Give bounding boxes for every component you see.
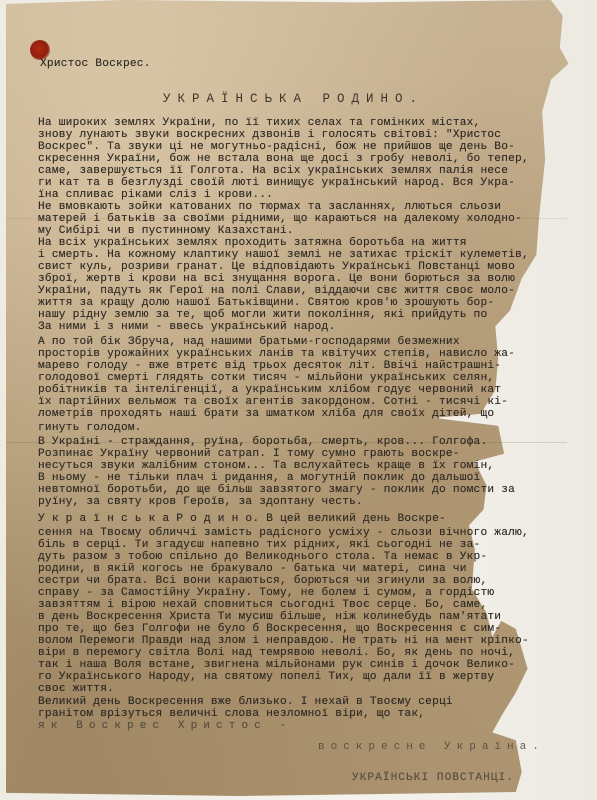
document-title: УКРАЇНСЬКА РОДИНО.: [163, 92, 424, 106]
body-line: Не вмовкають зойки катованих по тюрмах т…: [38, 201, 501, 213]
body-line: У к р а ї н с ь к а Р о д и н о. В цей в…: [38, 513, 446, 525]
body-line: саме, завершується її Голгота. На всіх у…: [38, 165, 508, 177]
body-line: і смерть. На кожному клаптику нашої земл…: [38, 249, 529, 261]
body-line: про те, що без Голгофи не було б Воскрес…: [38, 623, 501, 635]
body-line: завзяттям і вірою нехай сповниться сього…: [38, 599, 487, 611]
body-line: руїну, за святу кров Героїв, за здоптану…: [38, 496, 363, 508]
body-line: За ними і з ними - ввесь український нар…: [38, 321, 335, 333]
body-line: знову лунають звуки воскресних дзвонів і…: [38, 129, 501, 141]
body-line: родини, в якій когось не бракувало - бат…: [38, 563, 467, 575]
body-line: справу - за Самостійну Україну. Тому, не…: [38, 587, 494, 599]
body-line: му Сибірі чи в пустинному Казахстані.: [38, 225, 294, 237]
body-line: А по той бік Збруча, над нашими братьми-…: [38, 336, 460, 348]
signature: УКРАЇНСЬКІ ПОВСТАНЦІ.: [352, 772, 514, 784]
body-line: лометрів проходять наші брати за шматком…: [38, 408, 494, 420]
body-line: ги кат та в безглузді своїй люті винищує…: [38, 177, 515, 189]
typewritten-document: Христос Воскрес. УКРАЇНСЬКА РОДИНО. На ш…: [0, 0, 597, 800]
body-line: невтомної боротьби, до ще більш завзятог…: [38, 484, 515, 496]
body-line: України, падуть як Герої на полі Слави, …: [38, 285, 515, 297]
body-line: віри в перемогу світла Волі над темрявою…: [38, 647, 515, 659]
body-line: голодової смерті глядять сотки тисяч - м…: [38, 372, 494, 384]
body-line: їна спливає ріками сліз і крови...: [38, 189, 273, 201]
body-line: го Українського Народу, на святому попел…: [38, 671, 494, 683]
body-line: Великий день Воскресення вже близько. І …: [38, 696, 453, 708]
body-line: гинуть голодом.: [38, 422, 142, 434]
body-line: в день Воскресення Христа Ти мусиш більш…: [38, 611, 501, 623]
body-line: марево голоду - вже втретє від трьох дес…: [38, 360, 501, 372]
body-line: гранітом врізуться величні слова незломн…: [38, 708, 425, 720]
body-line: матерей і батьків за своїми рідними, що …: [38, 213, 522, 225]
body-line: На широких землях України, по її тихих с…: [38, 117, 480, 129]
body-line: сення на Твоєму обличчі замість радісног…: [38, 527, 529, 539]
body-line: дуть разом з тобою спільно до Великодньо…: [38, 551, 487, 563]
body-line: свист куль, розриви гранат. Це відповіда…: [38, 261, 515, 273]
body-line: несуться звуки жалібним стоном... Та всл…: [38, 460, 494, 472]
body-line: На всіх українських землях проходить зат…: [38, 237, 467, 249]
body-line: життя за кращу долю нашої Батьківщини. С…: [38, 297, 494, 309]
body-line: волом Перемоги Правди над злом і неправд…: [38, 635, 529, 647]
body-line: так і наша Воля встане, звигнена мільйон…: [38, 659, 515, 671]
closing-line: воскресне Україна.: [318, 741, 545, 753]
greeting: Христос Воскрес.: [40, 58, 151, 70]
body-line: В ньому - не тільки плач і ридання, а мо…: [38, 472, 480, 484]
body-line: Розпинає Україну червоний сатрап. І тому…: [38, 448, 460, 460]
body-line: їх партійних вельмож та своїх агентів за…: [38, 396, 508, 408]
body-line: В Україні - страждання, руїна, боротьба,…: [38, 436, 487, 448]
body-line: зброї, жертв і крови на всі знущання вор…: [38, 273, 515, 285]
body-line: нашу рідну землю за те, щоб могли жити п…: [38, 309, 487, 321]
body-line: сестри чи брата. Всі вони караються, бор…: [38, 575, 487, 587]
body-line: просторів урожайних українських ланів та…: [38, 348, 515, 360]
body-line: своє життя.: [38, 683, 114, 695]
body-line: скресення України, бож не встала вона ще…: [38, 153, 529, 165]
body-line: робітників та інтелігенції, а українськи…: [38, 384, 501, 396]
body-line: як Воскрес Христос -: [38, 720, 292, 732]
body-line: Воскрес". Та звуки ці не могутньо-радісн…: [38, 141, 515, 153]
body-line: біль в серці. Ти згадуєш напевно тих рід…: [38, 539, 480, 551]
